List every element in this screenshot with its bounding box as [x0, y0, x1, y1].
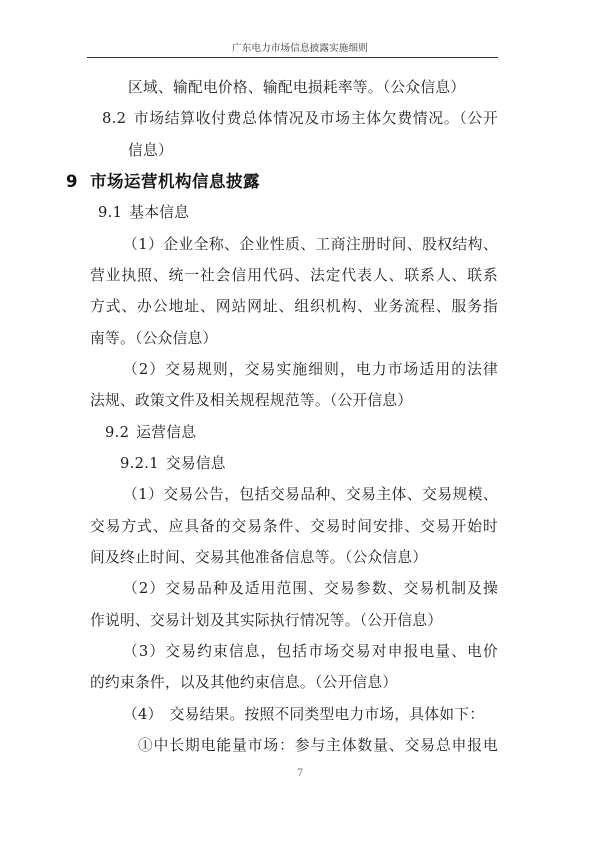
text-line: 信息） [90, 135, 498, 166]
running-header-title: 广东电力市场信息披露实施细则 [0, 40, 600, 54]
text-line: 方式、办公地址、网站网址、组织机构、业务流程、服务指 [90, 291, 498, 322]
text-line: （4） 交易结果。按照不同类型电力市场，具体如下： [90, 699, 498, 730]
text-line: 作说明、交易计划及其实际执行情况等。（公开信息） [90, 605, 498, 636]
text-line: （2）交易规则，交易实施细则，电力市场适用的法律 [90, 354, 498, 385]
section-number: 9 [66, 166, 90, 197]
text-line: （3）交易约束信息，包括市场交易对申报电量、电价 [90, 636, 498, 667]
document-page: 广东电力市场信息披露实施细则 区域、输配电价格、输配电损耗率等。（公众信息） 8… [0, 0, 600, 848]
text-line: ①中长期电能量市场：参与主体数量、交易总申报电 [90, 730, 498, 761]
header-rule [87, 57, 498, 58]
text-line: 间及终止时间、交易其他准备信息等。（公众信息） [90, 542, 498, 573]
text-line: 8.2 市场结算收付费总体情况及市场主体欠费情况。（公开 [90, 103, 498, 134]
subsection-heading: 9.2.1 交易信息 [90, 448, 498, 479]
subsection-heading: 9.1 基本信息 [90, 197, 498, 228]
text-line: 交易方式、应具备的交易条件、交易时间安排、交易开始时 [90, 511, 498, 542]
subsection-heading: 9.2 运营信息 [90, 417, 498, 448]
text-line: 法规、政策文件及相关规程规范等。（公开信息） [90, 385, 498, 416]
text-line: （1）交易公告，包括交易品种、交易主体、交易规模、 [90, 479, 498, 510]
section-heading: 9市场运营机构信息披露 [90, 166, 498, 197]
text-line: 区域、输配电价格、输配电损耗率等。（公众信息） [90, 72, 498, 103]
text-line: 营业执照、统一社会信用代码、法定代表人、联系人、联系 [90, 260, 498, 291]
page-number: 7 [0, 768, 600, 779]
page-body-text: 区域、输配电价格、输配电损耗率等。（公众信息） 8.2 市场结算收付费总体情况及… [90, 72, 498, 761]
text-line: 南等。（公众信息） [90, 323, 498, 354]
text-line: （1）企业全称、企业性质、工商注册时间、股权结构、 [90, 229, 498, 260]
section-title: 市场运营机构信息披露 [90, 172, 260, 191]
text-line: （2）交易品种及适用范围、交易参数、交易机制及操 [90, 573, 498, 604]
text-line: 的约束条件，以及其他约束信息。（公开信息） [90, 667, 498, 698]
